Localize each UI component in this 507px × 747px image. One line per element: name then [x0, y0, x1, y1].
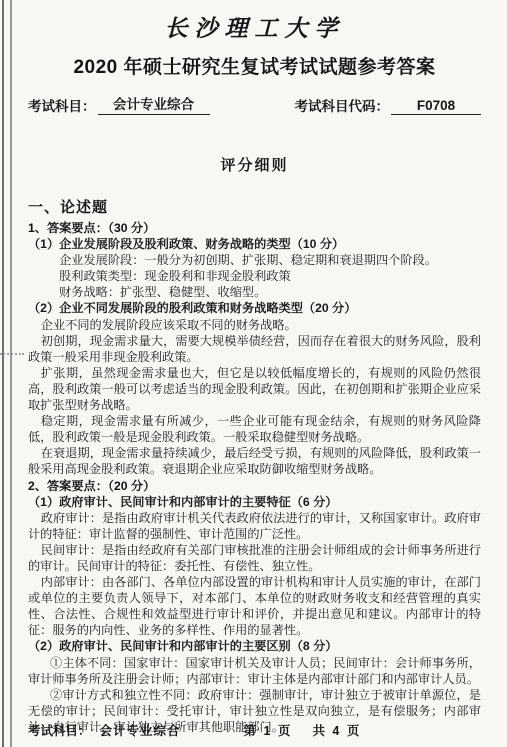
answer-paragraph: 财务战略：扩张型、稳健型、收缩型。	[28, 284, 481, 300]
answer-paragraph: 2、答案要点：（20 分）	[28, 478, 481, 494]
scan-artifact-line-inner	[10, 0, 12, 747]
document-content: 长沙理工大学 2020 年硕士研究生复试考试试题参考答案 考试科目： 会计专业综…	[28, 0, 481, 735]
page-footer: 考试科目： 会计专业综合 第 1 页 共 4 页	[28, 721, 361, 739]
grading-rules-title: 评分细则	[28, 154, 481, 175]
answer-paragraph: 内部审计：由各部门、各单位内部设置的审计机构和审计人员实施的审计，在部门或单位的…	[28, 574, 481, 638]
answer-paragraph: （2）企业不同发展阶段的股利政策和财务战略类型（20 分）	[28, 300, 481, 316]
footer-total-pages: 共 4 页	[312, 721, 361, 739]
exam-answer-document-page: 长沙理工大学 2020 年硕士研究生复试考试试题参考答案 考试科目： 会计专业综…	[0, 0, 507, 747]
answer-paragraph: 企业发展阶段：一般分为初创期、扩张期、稳定期和衰退期四个阶段。	[28, 252, 481, 268]
part-one-heading: 一、论述题	[28, 196, 481, 217]
answer-paragraph: （1）政府审计、民间审计和内部审计的主要特征（6 分）	[28, 494, 481, 510]
document-title: 2020 年硕士研究生复试考试试题参考答案	[28, 52, 481, 79]
answer-paragraph: 初创期，现金需求量大，需要大规模举债经营，因而存在着很大的财务风险，股利政策一般…	[28, 333, 481, 365]
subject-value: 会计专业综合	[98, 93, 210, 115]
answer-paragraph: 1、答案要点：（30 分）	[28, 220, 481, 236]
scan-artifact-dash	[0, 353, 24, 355]
answer-paragraph: 扩张期，虽然现金需求量也大，但它是以较低幅度增长的，有规则的风险仍然很高，股利政…	[28, 365, 481, 413]
answer-paragraph: 股利政策类型：现金股利和非现金股利政策	[28, 268, 481, 284]
footer-page-number: 第 1 页	[244, 721, 293, 739]
answer-paragraph: 稳定期，现金需求量有所减少，一些企业可能有现金结余，有规则的财务风险降低，股利政…	[28, 413, 481, 445]
subject-code-value: F0708	[391, 98, 481, 115]
answer-paragraph: ①主体不同：国家审计：国家审计机关及审计人员；民间审计：会计师事务所，审计师事务…	[28, 655, 481, 687]
footer-subject-value: 会计专业综合	[100, 721, 181, 739]
footer-subject-label: 考试科目：	[28, 721, 91, 739]
answer-paragraph: 民间审计：是指由经政府有关部门审核批准的注册会计师组成的会计师事务所进行的审计。…	[28, 542, 481, 574]
subject-row: 考试科目： 会计专业综合 考试科目代码： F0708	[28, 93, 481, 115]
answer-paragraph: （2）政府审计、民间审计和内部审计的主要区别（8 分）	[28, 638, 481, 654]
answer-paragraph: （1）企业发展阶段及股利政策、财务战略的类型（10 分）	[28, 236, 481, 252]
subject-code-label: 考试科目代码：	[295, 95, 390, 115]
university-name: 长沙理工大学	[28, 10, 481, 43]
subject-label: 考试科目：	[28, 95, 96, 115]
answer-paragraph: 政府审计：是指由政府审计机关代表政府依法进行的审计，又称国家审计。政府审计的特征…	[28, 510, 481, 542]
answer-blocks: 1、答案要点：（30 分）（1）企业发展阶段及股利政策、财务战略的类型（10 分…	[28, 220, 481, 735]
scan-artifact-line-outer	[2, 0, 4, 747]
answer-paragraph: 企业不同的发展阶段应该采取不同的财务战略。	[28, 317, 481, 333]
answer-paragraph: 在衰退期，现金需求量持续减少，最后经受亏损，有规则的风险降低，股利政策一般采用高…	[28, 445, 481, 477]
